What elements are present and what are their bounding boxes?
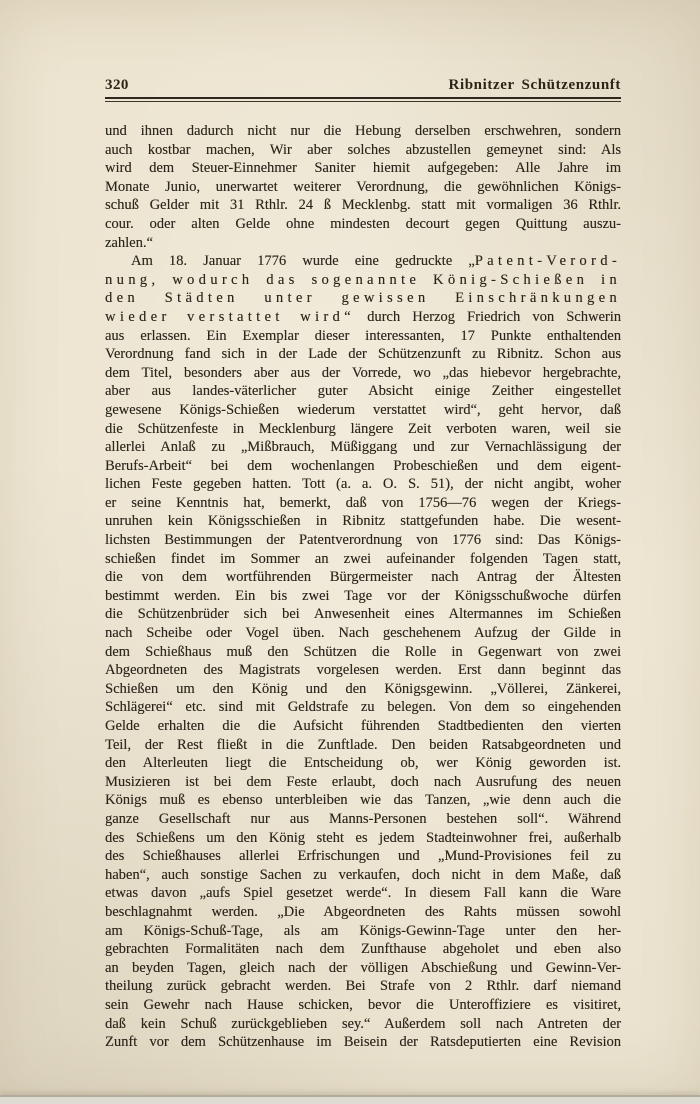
text-segment: Schießen um den König und den Königsgewi… (105, 681, 621, 697)
text-segment: am Königs-Schuß-Tage, als am Königs-Gewi… (105, 923, 621, 939)
text-segment: daß kein Schuß zurückgeblieben sey.“ Auß… (105, 1016, 621, 1032)
text-segment: zahlen.“ (105, 235, 153, 251)
text-segment: Berufs-Arbeit“ bei dem wochenlangen Prob… (105, 458, 621, 474)
text-line: dem Titel, besonders aber aus der Vorred… (105, 364, 621, 383)
text-segment: schießen findet im Sommer an zwei aufein… (105, 551, 621, 567)
text-line: den Städten unter gewissen Einschränkung… (105, 289, 621, 308)
emphasized-text-segment: den Städten unter gewissen Einschränkung… (105, 290, 621, 306)
text-line: die von dem wortführenden Bürgermeister … (105, 568, 621, 587)
text-segment: aber aus landes-väterlicher guter Absich… (105, 383, 621, 399)
body-text: und ihnen dadurch nicht nur die Hebung d… (105, 122, 621, 1052)
text-line: nung, wodurch das sogenannte König-Schie… (105, 271, 621, 290)
text-segment: er seine Kenntnis hat, bemerkt, daß von … (105, 495, 621, 511)
text-line: gewesene Königs-Schießen wiederum versta… (105, 401, 621, 420)
text-segment: sein Gewehr nach Hause schicken, bevor d… (105, 997, 621, 1013)
text-segment: bestimmt werden. Ein bis zwei Tage vor d… (105, 588, 621, 604)
text-segment: Abgeordneten des Magistrats vorgelesen w… (105, 662, 621, 678)
text-line: aus erlassen. Ein Exemplar dieser intere… (105, 327, 621, 346)
text-line: des Schießhauses allerlei Erfrischungen … (105, 847, 621, 866)
text-segment: lichsten Bestimmungen der Patentverordnu… (105, 532, 621, 548)
text-segment: Zunft vor dem Schützenhause im Beisein d… (105, 1034, 621, 1050)
text-segment: die Schützenfeste in Mecklenburg längere… (105, 421, 621, 437)
text-segment: Teil, der Rest fließt in die Zunftlade. … (105, 737, 621, 753)
text-line: dem Schießhaus muß den Schützen die Roll… (105, 643, 621, 662)
text-line: Schießen um den König und den Königsgewi… (105, 680, 621, 699)
text-segment: etwas davon „aufs Spiel gesetzet werde“.… (105, 885, 621, 901)
text-line: daß kein Schuß zurückgeblieben sey.“ Auß… (105, 1015, 621, 1034)
text-line: die Schützenbrüder sich bei Anwesenheit … (105, 605, 621, 624)
text-line: cour. oder alten Gelde ohne mindesten de… (105, 215, 621, 234)
text-line: Gelde erhalten die die Aufsicht führende… (105, 717, 621, 736)
text-segment: schuß Gelder mit 31 Rthlr. 24 ß Mecklenb… (105, 197, 621, 213)
text-segment: den Alterleuten liegt die Entscheidung o… (105, 755, 621, 771)
text-line: Zunft vor dem Schützenhause im Beisein d… (105, 1033, 621, 1052)
text-line: wieder verstattet wird“ durch Herzog Fri… (105, 308, 621, 327)
text-segment: Gelde erhalten die die Aufsicht führende… (105, 718, 621, 734)
text-line: unruhen kein Königsschießen in Ribnitz s… (105, 512, 621, 531)
text-segment: des Schießens um den König steht es jede… (105, 830, 621, 846)
text-segment: cour. oder alten Gelde ohne mindesten de… (105, 216, 621, 232)
text-line: ganze Gesellschaft nur aus Manns-Persone… (105, 810, 621, 829)
page-number: 320 (105, 77, 129, 94)
text-segment: dem Schießhaus muß den Schützen die Roll… (105, 644, 621, 660)
text-segment: unruhen kein Königsschießen in Ribnitz s… (105, 513, 621, 529)
text-line: schießen findet im Sommer an zwei aufein… (105, 550, 621, 569)
scanned-book-page: 320 Ribnitzer Schützenzunft und ihnen da… (0, 0, 700, 1104)
text-segment: auch kostbar machen, Wir aber solches ab… (105, 142, 621, 158)
text-line: allerlei Anlaß zu „Mißbrauch, Müßiggang … (105, 438, 621, 457)
text-segment: haben“, auch sonstige Sachen zu verkaufe… (105, 867, 621, 883)
text-line: er seine Kenntnis hat, bemerkt, daß von … (105, 494, 621, 513)
text-segment: die von dem wortführenden Bürgermeister … (105, 569, 621, 585)
text-segment: Schlägerei“ etc. sind mit Geldstrafe zu … (105, 699, 621, 715)
text-segment: Musizieren ist bei dem Feste erlaubt, do… (105, 774, 621, 790)
text-line: Abgeordneten des Magistrats vorgelesen w… (105, 661, 621, 680)
text-segment: gewesene Königs-Schießen wiederum versta… (105, 402, 621, 418)
text-line: und ihnen dadurch nicht nur die Hebung d… (105, 122, 621, 141)
text-line: theilung zurück gebracht werden. Bei Str… (105, 977, 621, 996)
text-line: Königs muß es ebenso unterbleiben wie da… (105, 791, 621, 810)
emphasized-text-segment: wieder verstattet wird“ (105, 309, 355, 325)
text-line: haben“, auch sonstige Sachen zu verkaufe… (105, 866, 621, 885)
text-segment: durch Herzog Friedrich von Schwerin (355, 309, 621, 325)
text-line: Berufs-Arbeit“ bei dem wochenlangen Prob… (105, 457, 621, 476)
text-segment: nach Scheibe oder Vogel üben. Nach gesch… (105, 625, 621, 641)
text-segment: allerlei Anlaß zu „Mißbrauch, Müßiggang … (105, 439, 621, 455)
page-bottom-edge (0, 1095, 700, 1104)
text-line: Am 18. Januar 1776 wurde eine gedruckte … (105, 252, 621, 271)
text-line: beschlagnahmt werden. „Die Abgeordneten … (105, 903, 621, 922)
text-line: sein Gewehr nach Hause schicken, bevor d… (105, 996, 621, 1015)
text-segment: die Schützenbrüder sich bei Anwesenheit … (105, 606, 621, 622)
running-title: Ribnitzer Schützenzunft (449, 77, 621, 94)
text-line: zahlen.“ (105, 234, 621, 253)
text-segment: lichen Feste gegeben hatten. Tott (a. a.… (105, 476, 621, 492)
text-segment: Verordnung fand sich in der Lade der Sch… (105, 346, 621, 362)
text-line: wird dem Steuer-Einnehmer Saniter hiemit… (105, 159, 621, 178)
text-segment: Königs muß es ebenso unterbleiben wie da… (105, 792, 621, 808)
text-line: nach Scheibe oder Vogel üben. Nach gesch… (105, 624, 621, 643)
emphasized-text-segment: nung, wodurch das sogenannte König-Schie… (105, 272, 621, 288)
text-line: Monate Junio, unerwartet weiterer Verord… (105, 178, 621, 197)
text-line: lichsten Bestimmungen der Patentverordnu… (105, 531, 621, 550)
page-header: 320 Ribnitzer Schützenzunft (105, 77, 621, 94)
text-line: die Schützenfeste in Mecklenburg längere… (105, 420, 621, 439)
text-line: auch kostbar machen, Wir aber solches ab… (105, 141, 621, 160)
emphasized-text-segment: Patent-Verord- (475, 253, 621, 269)
text-line: gebrachten Formalitäten nach dem Zunftha… (105, 940, 621, 959)
text-line: Verordnung fand sich in der Lade der Sch… (105, 345, 621, 364)
text-segment: wird dem Steuer-Einnehmer Saniter hiemit… (105, 160, 621, 176)
text-segment: Monate Junio, unerwartet weiterer Verord… (105, 179, 621, 195)
text-line: etwas davon „aufs Spiel gesetzet werde“.… (105, 884, 621, 903)
text-line: bestimmt werden. Ein bis zwei Tage vor d… (105, 587, 621, 606)
text-line: Schlägerei“ etc. sind mit Geldstrafe zu … (105, 698, 621, 717)
text-line: Teil, der Rest fließt in die Zunftlade. … (105, 736, 621, 755)
text-segment: an beyden Tagen, gleich nach der völlige… (105, 960, 621, 976)
text-segment: ganze Gesellschaft nur aus Manns-Persone… (105, 811, 621, 827)
header-rule (105, 97, 621, 102)
text-segment: theilung zurück gebracht werden. Bei Str… (105, 978, 621, 994)
text-line: des Schießens um den König steht es jede… (105, 829, 621, 848)
text-line: lichen Feste gegeben hatten. Tott (a. a.… (105, 475, 621, 494)
text-segment: des Schießhauses allerlei Erfrischungen … (105, 848, 621, 864)
text-segment: aus erlassen. Ein Exemplar dieser intere… (105, 328, 621, 344)
text-line: schuß Gelder mit 31 Rthlr. 24 ß Mecklenb… (105, 196, 621, 215)
text-line: Musizieren ist bei dem Feste erlaubt, do… (105, 773, 621, 792)
text-segment: dem Titel, besonders aber aus der Vorred… (105, 365, 621, 381)
text-segment: Am 18. Januar 1776 wurde eine gedruckte … (131, 253, 475, 269)
text-segment: gebrachten Formalitäten nach dem Zunftha… (105, 941, 621, 957)
text-line: am Königs-Schuß-Tage, als am Königs-Gewi… (105, 922, 621, 941)
text-segment: beschlagnahmt werden. „Die Abgeordneten … (105, 904, 621, 920)
text-segment: und ihnen dadurch nicht nur die Hebung d… (105, 123, 621, 139)
text-line: an beyden Tagen, gleich nach der völlige… (105, 959, 621, 978)
text-line: den Alterleuten liegt die Entscheidung o… (105, 754, 621, 773)
text-line: aber aus landes-väterlicher guter Absich… (105, 382, 621, 401)
